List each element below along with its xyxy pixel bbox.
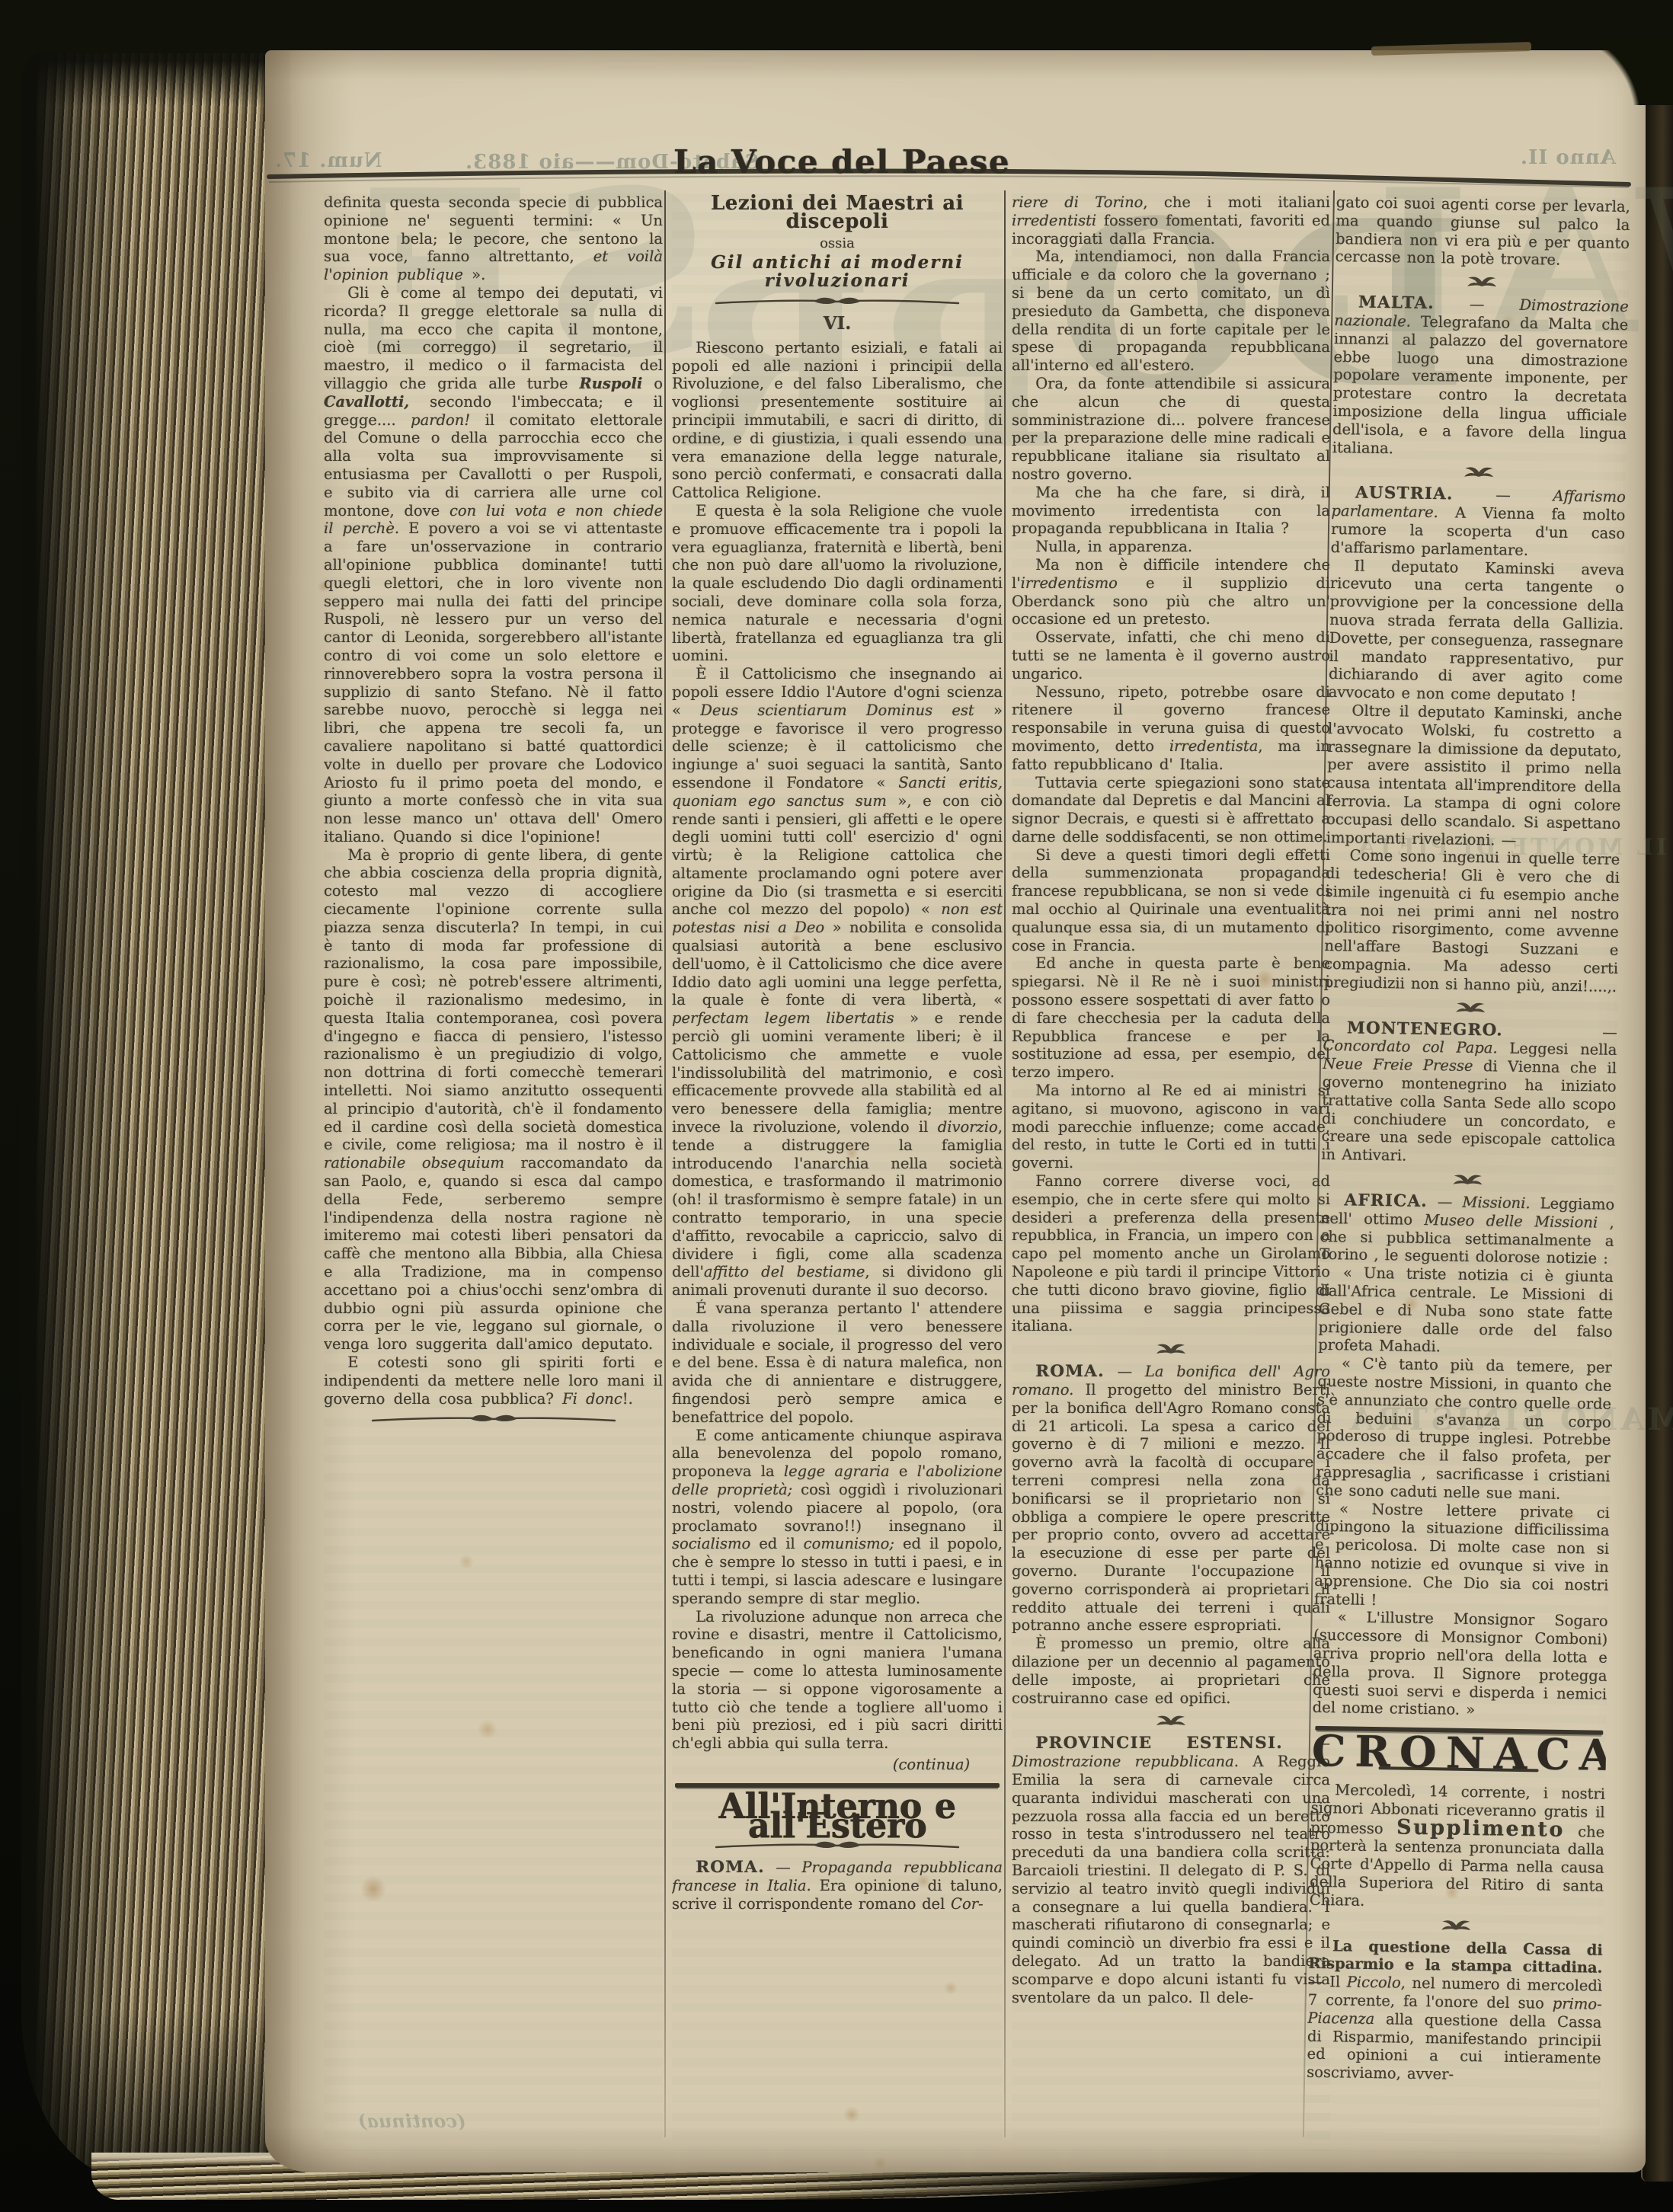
text-segment: Si deve a questi timori degli effetti de…: [1012, 846, 1330, 954]
text-segment: ROMA.: [1035, 1362, 1105, 1381]
fleuron: [1321, 1170, 1615, 1190]
paragraph: Come sono ingenui in quelle terre di ted…: [1324, 846, 1620, 996]
paragraph: « C'è tanto più da temere, per queste no…: [1316, 1354, 1612, 1504]
paragraph: AUSTRIA. — Affarismo parlamentare. A Vie…: [1331, 484, 1626, 561]
paragraph: gato coi suoi agenti corse per levarla, …: [1336, 193, 1630, 270]
text-segment: !.: [622, 1390, 633, 1408]
text-segment: Nulla, in apparenza.: [1035, 538, 1192, 555]
paragraph: Gli è come al tempo dei deputati, vi ric…: [324, 284, 663, 846]
text-segment: « C'è tanto più da temere, per queste no…: [1316, 1355, 1612, 1503]
paragraph: definita questa seconda specie di pubbli…: [324, 193, 663, 284]
text-segment: —: [1428, 1193, 1463, 1211]
text-segment: raccomandato da san Paolo, e, quando si …: [324, 1154, 663, 1353]
text-segment: Tuttavia certe spiegazioni sono state do…: [1012, 774, 1330, 845]
column-1: definita questa seconda specie di pubbli…: [324, 193, 663, 2151]
text-segment: Cor-: [951, 1895, 984, 1913]
paragraph: E come anticamente chiunque aspirava all…: [672, 1427, 1003, 1608]
text-segment: Piccolo: [1347, 1974, 1401, 1992]
column-4: gato coi suoi agenti corse per levarla, …: [1306, 193, 1630, 2156]
text-segment: —: [1453, 486, 1553, 505]
paragraph: Ma non è difficile intendere che l'irred…: [1012, 556, 1330, 628]
text-segment: —: [1105, 1363, 1145, 1380]
text-segment: Fanno correre diverse voci, ad esempio, …: [1012, 1172, 1330, 1335]
roman: VI.: [672, 315, 1003, 333]
paragraph: Fanno correre diverse voci, ad esempio, …: [1012, 1172, 1330, 1335]
fleuron: [1323, 998, 1617, 1018]
text-segment: , che i moti italiani: [1143, 193, 1330, 211]
text-segment: Ma intorno al Re ed ai ministri si agita…: [1012, 1082, 1330, 1172]
paragraph: Nulla, in apparenza.: [1012, 538, 1330, 556]
paragraph: Ora, da fonte attendibile si assicura ch…: [1012, 375, 1330, 484]
paragraph: « L'illustre Monsignor Sogaro (successor…: [1313, 1608, 1608, 1721]
text-segment: Telegrafano da Malta che innanzi al pala…: [1332, 313, 1629, 457]
blackletter: All'Interno e all'Estero: [672, 1798, 1003, 1836]
subtitle: Gil antichi ai moderni rivoluzionari: [672, 254, 1003, 290]
paragraph: riere di Torino, che i moti italiani irr…: [1012, 193, 1330, 248]
text-segment: Leggesi nella: [1497, 1040, 1617, 1059]
text-segment: comunismo;: [804, 1535, 894, 1552]
cronaca: CRONACA: [1312, 1743, 1606, 1766]
text-segment: Neue Freie Presse: [1323, 1055, 1473, 1075]
paragraph: MALTA. — Dimostrazione nazionale. Telegr…: [1332, 293, 1629, 461]
text-segment: rationabile obsequium: [324, 1154, 504, 1172]
text-segment: A Reggio Emilia la sera di carnevale cir…: [1012, 1753, 1330, 2006]
text-segment: legge agraria: [784, 1462, 890, 1480]
paragraph: Ma è proprio di gente libera, di gente c…: [324, 846, 663, 1354]
paragraph: Riescono pertanto esiziali, e fatali ai …: [672, 339, 1003, 502]
text-segment: e: [890, 1462, 917, 1480]
text-segment: irredentisti: [1012, 212, 1096, 229]
text-segment: Cavallotti,: [324, 393, 409, 411]
fleuron: [1335, 272, 1629, 292]
paragraph: Ma, intendiamoci, non dalla Francia uffi…: [1012, 248, 1330, 375]
paragraph: Tuttavia certe spiegazioni sono state do…: [1012, 774, 1330, 846]
swash: [672, 295, 1003, 308]
text-segment: La rivoluzione adunque non arreca che ro…: [672, 1608, 1003, 1753]
column-3: riere di Torino, che i moti italiani irr…: [1012, 193, 1330, 2151]
book-page-edges-left: [21, 53, 273, 2178]
paragraph: Osservate, infatti, che chi meno di tutt…: [1012, 628, 1330, 682]
ossia: ossia: [672, 235, 1003, 253]
text-segment: Il progetto del ministro Berti per la bo…: [1012, 1381, 1330, 1634]
text-segment: La questione della Cassa di Risparmio e …: [1308, 1937, 1603, 1977]
text-segment: —: [1435, 295, 1520, 314]
continua: (continua): [672, 1756, 1003, 1774]
text-segment: Ora, da fonte attendibile si assicura ch…: [1012, 375, 1330, 483]
text-segment: —: [765, 1859, 802, 1876]
text-segment: irredentismo: [1021, 574, 1118, 592]
text-segment: gato coi suoi agenti corse per levarla, …: [1336, 193, 1630, 269]
text-segment: E povero a voi se vi attentaste a fare u…: [324, 519, 663, 845]
page-corner-shadow: [1539, 40, 1673, 105]
text-segment: AFRICA.: [1344, 1191, 1428, 1211]
column-rule-1: [664, 190, 666, 2137]
text-segment: MONTENEGRO.: [1347, 1018, 1503, 1040]
paragraph: Nessuno, ripeto, potrebbe osare di riten…: [1012, 683, 1330, 774]
text-segment: riere di Torino: [1012, 193, 1143, 211]
paragraph: Oltre il deputato Kaminski, anche l'avvo…: [1326, 702, 1623, 851]
text-segment: ROMA.: [696, 1858, 765, 1877]
text-segment: », e con ciò rende santi i pensieri, gli…: [672, 792, 1003, 919]
paragraph: Ma che ha che fare, si dirà, il moviment…: [1012, 484, 1330, 538]
art-title: Lezioni dei Maestri ai discepoli: [672, 195, 1003, 232]
text-segment: Ed anche in questa parte è bene spiegars…: [1012, 954, 1330, 1081]
text-segment: affitto del bestiame: [704, 1263, 865, 1280]
paragraph: « Una triste notizia ci è giunta dall'Af…: [1318, 1264, 1614, 1359]
text-segment: » e rende perciò gli uomini veramente li…: [672, 1009, 1003, 1136]
text-segment: « Nostre lettere private ci dipingono la…: [1314, 1500, 1610, 1609]
paragraph: La questione della Cassa di Risparmio e …: [1307, 1936, 1603, 2086]
text-segment: É vana speranza pertanto l' attendere da…: [672, 1299, 1003, 1426]
fleuron: [1012, 1713, 1330, 1728]
paragraph: È il Cattolicismo che insegnando ai popo…: [672, 665, 1003, 1299]
paragraph: La rivoluzione adunque non arreca che ro…: [672, 1608, 1003, 1753]
text-segment: Riescono pertanto esiziali, e fatali ai …: [672, 339, 1003, 501]
scanned-newspaper-page: SE PR DO WAL IL MONTE DI PIETA MANO SINI…: [0, 0, 1673, 2212]
newspaper-page: SE PR DO WAL IL MONTE DI PIETA MANO SINI…: [265, 50, 1646, 2172]
text-segment: —: [1503, 1021, 1617, 1040]
paragraph: Il deputato Kaminski aveva ricevuto una …: [1329, 556, 1625, 705]
swash: [324, 1412, 663, 1426]
text-segment: Fi donc: [562, 1390, 622, 1408]
text-segment: « Una triste notizia ci è giunta dall'Af…: [1318, 1264, 1614, 1356]
paragraph: Ed anche in questa parte è bene spiegars…: [1012, 954, 1330, 1082]
paragraph: ROMA. — Propaganda repubblicana francese…: [672, 1859, 1003, 1913]
text-segment: ».: [463, 266, 485, 283]
column-rule-2: [1004, 190, 1006, 2137]
text-segment: socialismo: [672, 1535, 750, 1552]
text-segment: o: [642, 375, 663, 392]
paragraph: ROMA. — La bonifica dell' Agro romano. I…: [1012, 1363, 1330, 1635]
text-segment: Deus scientiarum Dominus est: [700, 702, 974, 719]
text-segment: E questa è la sola Religione che vuole e…: [672, 502, 1003, 664]
text-segment: ed il: [750, 1535, 803, 1552]
paragraph: E questa è la sola Religione che vuole e…: [672, 502, 1003, 665]
text-segment: Osservate, infatti, che chi meno di tutt…: [1012, 628, 1330, 682]
text-segment: Ma che ha che fare, si dirà, il moviment…: [1012, 484, 1330, 538]
masthead-rule: [267, 166, 1632, 189]
text-segment: PROVINCIE ESTENSI.: [1035, 1734, 1283, 1753]
text-segment: Come sono ingenui in quelle terre di ted…: [1324, 847, 1620, 996]
text-segment: — Il: [1308, 1973, 1347, 1991]
text-segment: Ruspoli: [579, 375, 642, 392]
text-segment: Oltre il deputato Kaminski, anche l'avvo…: [1326, 702, 1623, 849]
text-segment: MALTA.: [1358, 293, 1435, 314]
paragraph: Ma intorno al Re ed ai ministri si agita…: [1012, 1082, 1330, 1172]
text-segment: È promesso un premio, oltre alla dilazio…: [1012, 1635, 1330, 1706]
paragraph: « Nostre lettere private ci dipingono la…: [1314, 1499, 1610, 1613]
text-segment: Museo delle Missioni: [1424, 1211, 1598, 1232]
paragraph: E cotesti sono gli spiriti forti e indip…: [324, 1354, 663, 1408]
text-segment: Concordato col Papa.: [1323, 1037, 1498, 1057]
text-segment: irredentista: [1169, 737, 1259, 755]
paragraph: Mercoledì, 14 corrente, i nostri signori…: [1310, 1781, 1606, 1914]
fleuron: [1012, 1341, 1330, 1357]
fleuron: [1309, 1915, 1603, 1935]
text-segment: Ma è proprio di gente libera, di gente c…: [324, 846, 663, 1154]
text-segment: Ma, intendiamoci, non dalla Francia uffi…: [1012, 248, 1330, 374]
next-page-edge-right: [1641, 64, 1673, 2182]
fleuron: [1332, 462, 1626, 482]
text-segment: Il deputato Kaminski aveva ricevuto una …: [1329, 557, 1625, 705]
text-segment: divorzio: [938, 1118, 998, 1136]
paragraph: È promesso un premio, oltre alla dilazio…: [1012, 1635, 1330, 1707]
paragraph: AFRICA. — Missioni. Leggiamo nell' ottim…: [1320, 1191, 1614, 1268]
text-segment: Dimostrazione repubblicana.: [1012, 1753, 1239, 1770]
paragraph: É vana speranza pertanto l' attendere da…: [672, 1299, 1003, 1427]
text-segment: Missioni.: [1462, 1194, 1531, 1212]
paragraph: MONTENEGRO. — Concordato col Papa. Legge…: [1321, 1019, 1617, 1168]
text-segment: pardon!: [411, 411, 470, 429]
paragraph: Si deve a questi timori degli effetti de…: [1012, 846, 1330, 955]
text-segment: , tende a distruggere la famiglia introd…: [672, 1118, 1003, 1280]
text-segment: « L'illustre Monsignor Sogaro (successor…: [1313, 1609, 1608, 1719]
text-segment: perfectam legem libertatis: [672, 1009, 894, 1027]
column-2: Lezioni dei Maestri ai discepoliossiaGil…: [672, 193, 1003, 2151]
paragraph: PROVINCIE ESTENSI. — Dimostrazione repub…: [1012, 1734, 1330, 2006]
text-segment: AUSTRIA.: [1355, 484, 1454, 504]
